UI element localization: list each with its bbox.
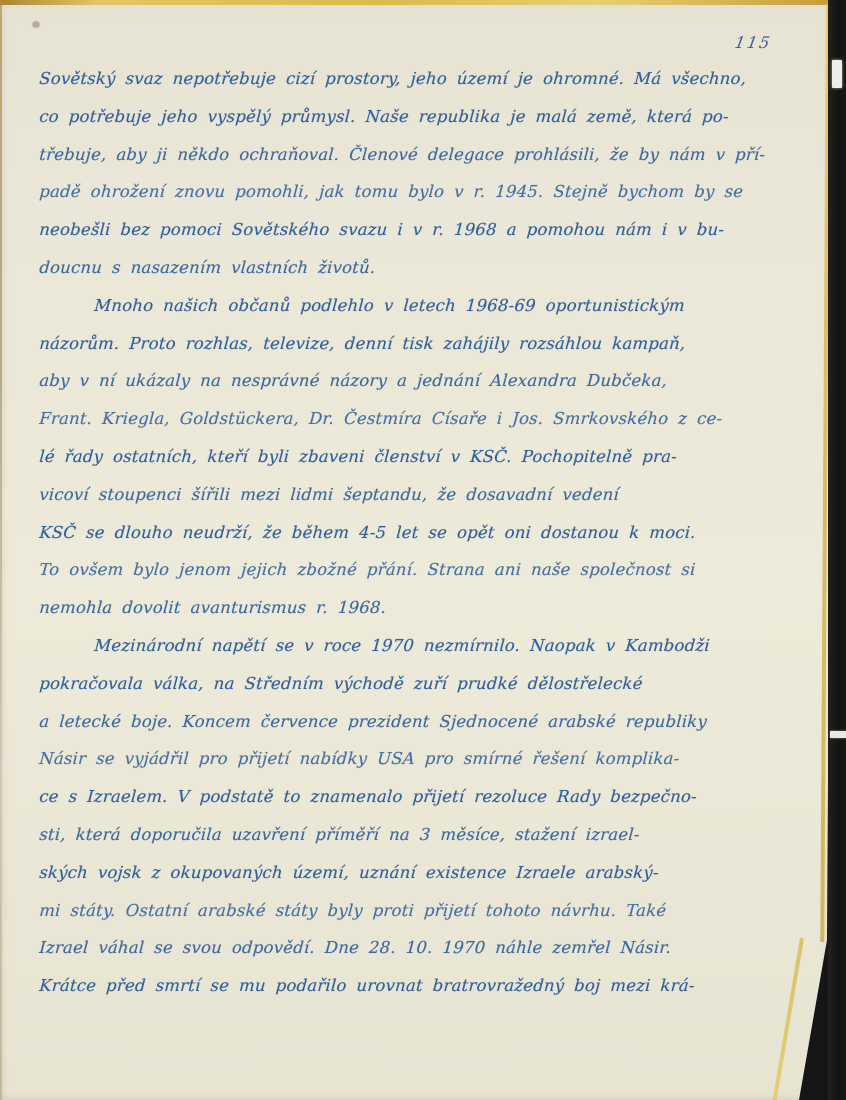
handwritten-line: a letecké boje. Koncem července preziden…: [38, 703, 816, 741]
handwritten-line: Frant. Kriegla, Goldstückera, Dr. Čestmí…: [38, 400, 816, 438]
paragraph: Mezinárodní napětí se v roce 1970 nezmír…: [38, 627, 813, 1005]
handwritten-line: padě ohrožení znovu pomohli, jak tomu by…: [38, 173, 816, 211]
handwritten-line: mi státy. Ostatní arabské státy byly pro…: [38, 892, 816, 930]
scan-background: 115 Sovětský svaz nepotřebuje cizí prost…: [0, 0, 846, 1100]
handwritten-line: třebuje, aby ji někdo ochraňoval. Členov…: [38, 136, 816, 174]
handwritten-line: ce s Izraelem. V podstatě to znamenalo p…: [38, 778, 816, 816]
scan-light-strip-top: [0, 0, 834, 5]
handwritten-line: názorům. Proto rozhlas, televize, denní …: [38, 325, 816, 363]
page-number: 115: [733, 33, 773, 52]
handwritten-line: pokračovala válka, na Středním východě z…: [38, 665, 816, 703]
handwritten-line: Mnoho našich občanů podlehlo v letech 19…: [38, 287, 816, 325]
handwritten-line: KSČ se dlouho neudrží, že během 4-5 let …: [38, 514, 816, 552]
film-notch-top: [832, 60, 842, 88]
handwritten-line: neobešli bez pomoci Sovětského svazu i v…: [38, 211, 816, 249]
handwritten-line: ských vojsk z okupovaných území, uznání …: [38, 854, 816, 892]
handwritten-line: Sovětský svaz nepotřebuje cizí prostory,…: [38, 60, 816, 98]
handwritten-line: Izrael váhal se svou odpovědí. Dne 28. 1…: [38, 929, 816, 967]
handwritten-line: co potřebuje jeho vyspělý průmysl. Naše …: [38, 98, 816, 136]
scan-edge-left: [0, 0, 2, 1100]
handwritten-line: aby v ní ukázaly na nesprávné názory a j…: [38, 362, 816, 400]
film-strip-right: [828, 0, 846, 1100]
film-notch-middle: [830, 731, 846, 738]
handwritten-line: Mezinárodní napětí se v roce 1970 nezmír…: [38, 627, 816, 665]
handwritten-line: lé řady ostatních, kteří byli zbaveni čl…: [38, 438, 816, 476]
handwritten-line: doucnu s nasazením vlastních životů.: [38, 249, 816, 287]
paragraph: Sovětský svaz nepotřebuje cizí prostory,…: [38, 60, 813, 287]
handwritten-line: sti, která doporučila uzavření příměří n…: [38, 816, 816, 854]
handwriting-body: Sovětský svaz nepotřebuje cizí prostory,…: [38, 60, 813, 1005]
handwritten-line: To ovšem bylo jenom jejich zbožné přání.…: [38, 551, 816, 589]
paragraph: Mnoho našich občanů podlehlo v letech 19…: [38, 287, 813, 627]
ink-smudge: [32, 21, 40, 28]
handwritten-line: Násir se vyjádřil pro přijetí nabídky US…: [38, 740, 816, 778]
handwritten-line: vicoví stoupenci šířili mezi lidmi šepta…: [38, 476, 816, 514]
handwritten-line: Krátce před smrtí se mu podařilo urovnat…: [38, 967, 816, 1005]
handwritten-line: nemohla dovolit avanturismus r. 1968.: [38, 589, 816, 627]
